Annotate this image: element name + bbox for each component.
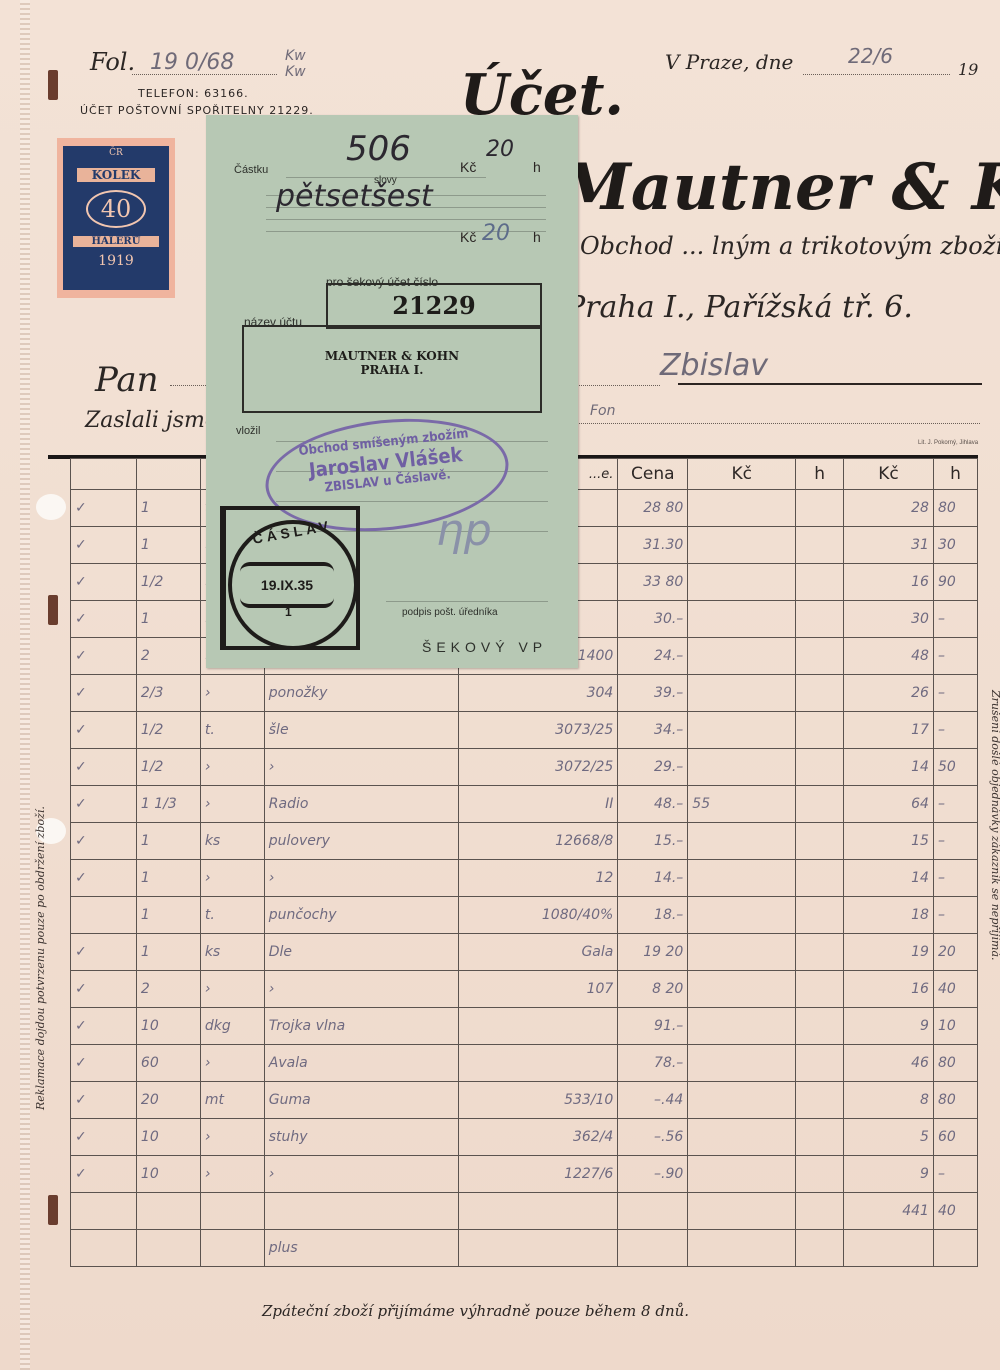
cell-ref: [458, 1230, 618, 1267]
cell-h1: [796, 1193, 844, 1230]
cell-kc1: [688, 1008, 796, 1045]
cell-kc1: [688, 749, 796, 786]
cell-item: [264, 1193, 458, 1230]
cell-qty: 60: [136, 1045, 200, 1082]
cell-h1: [796, 1045, 844, 1082]
cell-qty: 1/2: [136, 712, 200, 749]
amount-kc-currency: Kč: [460, 159, 476, 175]
cell-kc1: [688, 564, 796, 601]
table-row: ✓2/3›ponožky30439.–26–: [71, 675, 978, 712]
cell-qty: [136, 1230, 200, 1267]
table-row: ✓10››1227/6–.909–: [71, 1156, 978, 1193]
cell-kc1: [688, 1156, 796, 1193]
cell-unit: ›: [200, 675, 264, 712]
amount-h-currency: h: [533, 159, 541, 175]
cell-qty: 20: [136, 1082, 200, 1119]
cell-check: ✓: [71, 564, 137, 601]
cell-kc2: 17: [844, 712, 934, 749]
cell-check: [71, 897, 137, 934]
table-row: ✓10dkgTrojka vlna91.–910: [71, 1008, 978, 1045]
amount-words: pětsetšest: [276, 179, 433, 214]
amount-h-currency-2: h: [533, 229, 541, 245]
cell-cena: 18.–: [618, 897, 688, 934]
cell-check: ✓: [71, 675, 137, 712]
col-h2: h: [933, 459, 977, 490]
cell-h1: [796, 564, 844, 601]
cell-ref: 304: [458, 675, 618, 712]
cell-cena: 78.–: [618, 1045, 688, 1082]
table-row: ✓1ksDleGala19 201920: [71, 934, 978, 971]
cell-h1: [796, 675, 844, 712]
cell-ref: [458, 1193, 618, 1230]
cell-kc2: 441: [844, 1193, 934, 1230]
cell-h1: [796, 490, 844, 527]
cell-check: [71, 1193, 137, 1230]
cell-cena: 8 20: [618, 971, 688, 1008]
cell-cena: [618, 1193, 688, 1230]
cell-kc2: 18: [844, 897, 934, 934]
cell-kc2: 15: [844, 823, 934, 860]
cell-ref: [458, 1045, 618, 1082]
words-rule: [266, 219, 546, 220]
cell-check: ✓: [71, 971, 137, 1008]
table-row: 44140: [71, 1193, 978, 1230]
cell-kc2: 28: [844, 490, 934, 527]
cell-check: ✓: [71, 823, 137, 860]
cell-kc2: 16: [844, 971, 934, 1008]
cell-cena: [618, 1230, 688, 1267]
cell-qty: 1 1/3: [136, 786, 200, 823]
cell-item: punčochy: [264, 897, 458, 934]
cell-cena: 39.–: [618, 675, 688, 712]
sent-note: Fon: [590, 403, 616, 419]
clerk-signature-label: podpis pošt. úředníka: [402, 607, 498, 618]
table-row: ✓1 1/3›RadioII48.–5564–: [71, 786, 978, 823]
cell-h1: [796, 638, 844, 675]
cell-h2: –: [933, 638, 977, 675]
cell-unit: ›: [200, 786, 264, 823]
amount-label: Částku: [234, 164, 268, 176]
cell-item: Trojka vlna: [264, 1008, 458, 1045]
cell-h2: 80: [933, 1082, 977, 1119]
cell-item: ›: [264, 1156, 458, 1193]
cell-qty: 10: [136, 1156, 200, 1193]
cell-ref: 107: [458, 971, 618, 1008]
cell-h2: 80: [933, 490, 977, 527]
account-number: 21229: [328, 285, 540, 327]
cell-check: ✓: [71, 934, 137, 971]
cell-kc1: [688, 712, 796, 749]
perforated-edge: [20, 0, 30, 1370]
cell-h1: [796, 786, 844, 823]
return-policy: Zpáteční zboží přijímáme výhradně pouze …: [262, 1302, 689, 1320]
cell-h1: [796, 897, 844, 934]
cell-unit: ks: [200, 934, 264, 971]
cell-h2: 50: [933, 749, 977, 786]
cell-ref: Gala: [458, 934, 618, 971]
table-row: ✓1››1214.–14–: [71, 860, 978, 897]
cell-kc2: 14: [844, 749, 934, 786]
cell-h1: [796, 860, 844, 897]
table-row: 1t.punčochy1080/40%18.–18–: [71, 897, 978, 934]
cell-kc1: [688, 971, 796, 1008]
cell-ref: 3073/25: [458, 712, 618, 749]
table-row: ✓1/2››3072/2529.–1450: [71, 749, 978, 786]
cell-check: ✓: [71, 712, 137, 749]
printer-credit: Lit. J. Pokorný, Jihlava: [918, 440, 978, 446]
cell-kc2: 5: [844, 1119, 934, 1156]
cell-h1: [796, 749, 844, 786]
folio-note: Kw Kw: [285, 48, 315, 80]
cell-h1: [796, 934, 844, 971]
account-number-box: 21229: [326, 283, 542, 329]
cell-qty: 1: [136, 860, 200, 897]
cell-check: ✓: [71, 1008, 137, 1045]
stamp-year: 1919: [63, 253, 169, 269]
amount-h: 20: [486, 137, 514, 162]
cell-h2: –: [933, 823, 977, 860]
account-name-line1: MAUTNER & KOHN: [244, 349, 540, 363]
cell-kc2: 48: [844, 638, 934, 675]
cell-qty: 1: [136, 527, 200, 564]
date-line: [803, 74, 950, 75]
table-row: ✓2››1078 201640: [71, 971, 978, 1008]
cell-item: ›: [264, 749, 458, 786]
cell-check: ✓: [71, 601, 137, 638]
folio-label: Fol.: [90, 48, 135, 76]
cell-check: ✓: [71, 1119, 137, 1156]
cell-kc2: [844, 1230, 934, 1267]
cell-qty: 2/3: [136, 675, 200, 712]
cell-check: [71, 1230, 137, 1267]
cell-item: pulovery: [264, 823, 458, 860]
col-qty: [136, 459, 200, 490]
cell-cena: 28 80: [618, 490, 688, 527]
cell-h2: 30: [933, 527, 977, 564]
amount-kc-currency-2: Kč: [460, 229, 476, 245]
cell-ref: 12668/8: [458, 823, 618, 860]
cell-h2: –: [933, 675, 977, 712]
business-line: Obchod ... lným a trikotovým zbožím: [580, 232, 1000, 260]
cell-kc1: [688, 638, 796, 675]
cell-unit: ›: [200, 1119, 264, 1156]
cell-item: Avala: [264, 1045, 458, 1082]
cell-ref: 533/10: [458, 1082, 618, 1119]
cell-check: ✓: [71, 1082, 137, 1119]
recipient-line: [678, 383, 982, 385]
cell-h1: [796, 527, 844, 564]
cell-unit: ›: [200, 1045, 264, 1082]
cell-h1: [796, 1008, 844, 1045]
stamp-label: KOLEK: [77, 168, 155, 182]
cell-item: ›: [264, 860, 458, 897]
cell-kc1: [688, 1230, 796, 1267]
staple: [48, 595, 58, 625]
table-row: plus: [71, 1230, 978, 1267]
cell-check: ✓: [71, 860, 137, 897]
cell-qty: 1/2: [136, 564, 200, 601]
cell-unit: t.: [200, 712, 264, 749]
cell-unit: [200, 1193, 264, 1230]
sent-label: Zaslali jsme: [85, 408, 218, 433]
year-prefix: 19: [958, 60, 978, 79]
cell-qty: 2: [136, 971, 200, 1008]
cell-h1: [796, 712, 844, 749]
cell-cena: 91.–: [618, 1008, 688, 1045]
cell-h1: [796, 601, 844, 638]
left-vertical-note: Reklamace dojdou potvrzenu pouze po obdr…: [34, 806, 47, 1110]
cell-unit: ks: [200, 823, 264, 860]
cell-h2: 60: [933, 1119, 977, 1156]
cell-item: Dle: [264, 934, 458, 971]
col-kc1: Kč: [688, 459, 796, 490]
cell-ref: [458, 1008, 618, 1045]
cell-ref: 3072/25: [458, 749, 618, 786]
address: Praha I., Pařížská tř. 6.: [565, 290, 913, 325]
cell-cena: –.56: [618, 1119, 688, 1156]
stamp-country: ČR: [63, 148, 169, 158]
cell-check: ✓: [71, 749, 137, 786]
cell-h2: –: [933, 897, 977, 934]
cell-unit: ›: [200, 860, 264, 897]
cell-item: Radio: [264, 786, 458, 823]
cell-cena: 30.–: [618, 601, 688, 638]
cell-kc2: 9: [844, 1156, 934, 1193]
cell-kc1: 55: [688, 786, 796, 823]
cell-kc1: [688, 823, 796, 860]
cell-item: plus: [264, 1230, 458, 1267]
cell-unit: mt: [200, 1082, 264, 1119]
cell-cena: 14.–: [618, 860, 688, 897]
cell-qty: 2: [136, 638, 200, 675]
cell-cena: 19 20: [618, 934, 688, 971]
cell-h2: 40: [933, 971, 977, 1008]
recipient-label: Pan: [95, 360, 159, 400]
cell-h2: –: [933, 712, 977, 749]
cell-h1: [796, 1082, 844, 1119]
cell-h2: –: [933, 786, 977, 823]
cell-kc2: 9: [844, 1008, 934, 1045]
cell-unit: dkg: [200, 1008, 264, 1045]
place-date-label: V Praze, dne: [665, 50, 793, 74]
cell-qty: 10: [136, 1119, 200, 1156]
revenue-stamp: ČR KOLEK 40 HALÉŘŮ 1919: [57, 138, 175, 298]
cell-check: ✓: [71, 1045, 137, 1082]
cell-kc2: 19: [844, 934, 934, 971]
cell-kc1: [688, 897, 796, 934]
cell-unit: ›: [200, 1156, 264, 1193]
cell-cena: 33 80: [618, 564, 688, 601]
table-row: ✓60›Avala78.–4680: [71, 1045, 978, 1082]
amount-h-repeat: 20: [482, 221, 510, 246]
cell-h1: [796, 1230, 844, 1267]
account-name-line2: PRAHA I.: [244, 363, 540, 377]
table-row: ✓10›stuhy362/4–.56560: [71, 1119, 978, 1156]
cell-check: ✓: [71, 490, 137, 527]
staple: [48, 70, 58, 100]
amount-kc: 506: [346, 129, 411, 169]
slip-type: ŠEKOVÝ VP: [422, 639, 547, 655]
signature-rule: [386, 601, 548, 602]
account-name-box: MAUTNER & KOHN PRAHA I.: [242, 325, 542, 413]
date-value: 22/6: [848, 44, 893, 68]
postmark-office: 1: [285, 605, 292, 619]
cell-cena: 15.–: [618, 823, 688, 860]
cell-check: ✓: [71, 786, 137, 823]
cell-cena: 29.–: [618, 749, 688, 786]
cell-kc2: 30: [844, 601, 934, 638]
cell-kc1: [688, 490, 796, 527]
cell-kc1: [688, 860, 796, 897]
cell-unit: ›: [200, 749, 264, 786]
cell-kc2: 16: [844, 564, 934, 601]
cell-h2: 40: [933, 1193, 977, 1230]
col-cena: Cena: [618, 459, 688, 490]
cell-check: ✓: [71, 638, 137, 675]
punch-hole: [36, 494, 66, 520]
cell-kc2: 14: [844, 860, 934, 897]
cell-check: ✓: [71, 1156, 137, 1193]
stamp-unit: HALÉŘŮ: [73, 236, 159, 247]
cell-kc1: [688, 1193, 796, 1230]
cell-ref: 1080/40%: [458, 897, 618, 934]
cell-qty: 10: [136, 1008, 200, 1045]
cell-kc1: [688, 1082, 796, 1119]
cell-ref: 12: [458, 860, 618, 897]
cell-qty: 1: [136, 897, 200, 934]
cell-h2: 80: [933, 1045, 977, 1082]
cell-cena: –.44: [618, 1082, 688, 1119]
cell-item: ›: [264, 971, 458, 1008]
col-h1: h: [796, 459, 844, 490]
cell-ref: 362/4: [458, 1119, 618, 1156]
cell-h2: 20: [933, 934, 977, 971]
telephone: TELEFON: 63166.: [138, 87, 249, 100]
right-vertical-note: Zrušení došlé objednávky zákazník se nep…: [989, 690, 1000, 961]
staple: [48, 1195, 58, 1225]
cell-kc1: [688, 601, 796, 638]
cell-kc2: 31: [844, 527, 934, 564]
cell-kc1: [688, 1119, 796, 1156]
cell-ref: II: [458, 786, 618, 823]
stamp-value: 40: [86, 190, 146, 228]
cell-h2: 90: [933, 564, 977, 601]
cell-kc1: [688, 675, 796, 712]
cell-h2: 10: [933, 1008, 977, 1045]
cell-kc2: 64: [844, 786, 934, 823]
cell-kc1: [688, 934, 796, 971]
company-name: Mautner & Kohn: [560, 150, 1000, 225]
cell-item: šle: [264, 712, 458, 749]
cell-item: stuhy: [264, 1119, 458, 1156]
cell-h2: [933, 1230, 977, 1267]
cell-h1: [796, 1119, 844, 1156]
postmark-date: 19.IX.35: [240, 562, 334, 608]
cell-cena: 24.–: [618, 638, 688, 675]
cell-unit: ›: [200, 971, 264, 1008]
cell-item: Guma: [264, 1082, 458, 1119]
cell-cena: 34.–: [618, 712, 688, 749]
cell-h1: [796, 823, 844, 860]
cell-h2: –: [933, 601, 977, 638]
cell-qty: [136, 1193, 200, 1230]
cell-h2: –: [933, 1156, 977, 1193]
cell-h2: –: [933, 860, 977, 897]
cell-cena: –.90: [618, 1156, 688, 1193]
cell-kc2: 26: [844, 675, 934, 712]
folio-value: 19 0/68: [150, 50, 234, 75]
table-row: ✓1kspulovery12668/815.–15–: [71, 823, 978, 860]
cell-ref: 1227/6: [458, 1156, 618, 1193]
cell-cena: 31.30: [618, 527, 688, 564]
cell-kc1: [688, 1045, 796, 1082]
table-row: ✓1/2t.šle3073/2534.–17–: [71, 712, 978, 749]
col-kc2: Kč: [844, 459, 934, 490]
cell-qty: 1: [136, 823, 200, 860]
col-check: [71, 459, 137, 490]
cell-h1: [796, 971, 844, 1008]
cell-unit: t.: [200, 897, 264, 934]
cell-qty: 1: [136, 934, 200, 971]
cell-item: ponožky: [264, 675, 458, 712]
cell-h1: [796, 1156, 844, 1193]
cell-kc2: 8: [844, 1082, 934, 1119]
table-row: ✓20mtGuma533/10–.44880: [71, 1082, 978, 1119]
depositor-label: vložil: [236, 425, 260, 437]
cell-kc1: [688, 527, 796, 564]
cell-qty: 1: [136, 490, 200, 527]
cell-kc2: 46: [844, 1045, 934, 1082]
recipient-value: Zbislav: [660, 348, 768, 383]
cell-qty: 1: [136, 601, 200, 638]
cell-check: ✓: [71, 527, 137, 564]
cell-qty: 1/2: [136, 749, 200, 786]
cell-unit: [200, 1230, 264, 1267]
cell-cena: 48.–: [618, 786, 688, 823]
